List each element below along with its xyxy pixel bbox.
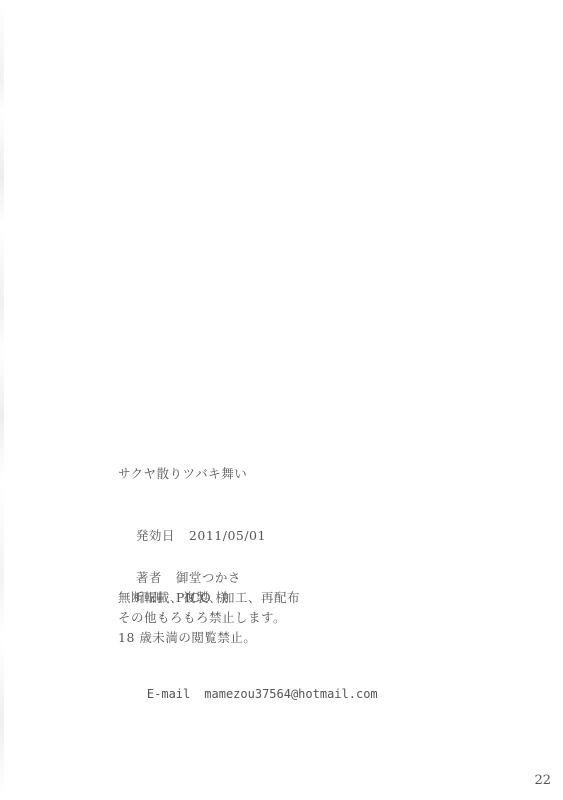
email-label: E-mail (147, 687, 190, 701)
scan-edge-artifact (0, 0, 4, 800)
book-title: サクヤ散りツバキ舞い (118, 464, 247, 484)
notice-line: 18 歳未満の閲覧禁止。 (118, 628, 256, 648)
notice-line: 無断転載、複製、加工、再配布 (118, 588, 300, 608)
issue-date-label: 発効日 (136, 528, 175, 543)
issue-date-value: 2011/05/01 (189, 528, 266, 543)
email-address[interactable]: mamezou37564@hotmail.com (204, 687, 377, 701)
notice-line: その他もろもろ禁止します。 (118, 608, 286, 628)
email-line: E-mailmamezou37564@hotmail.com (118, 664, 378, 724)
page-number: 22 (534, 773, 551, 788)
